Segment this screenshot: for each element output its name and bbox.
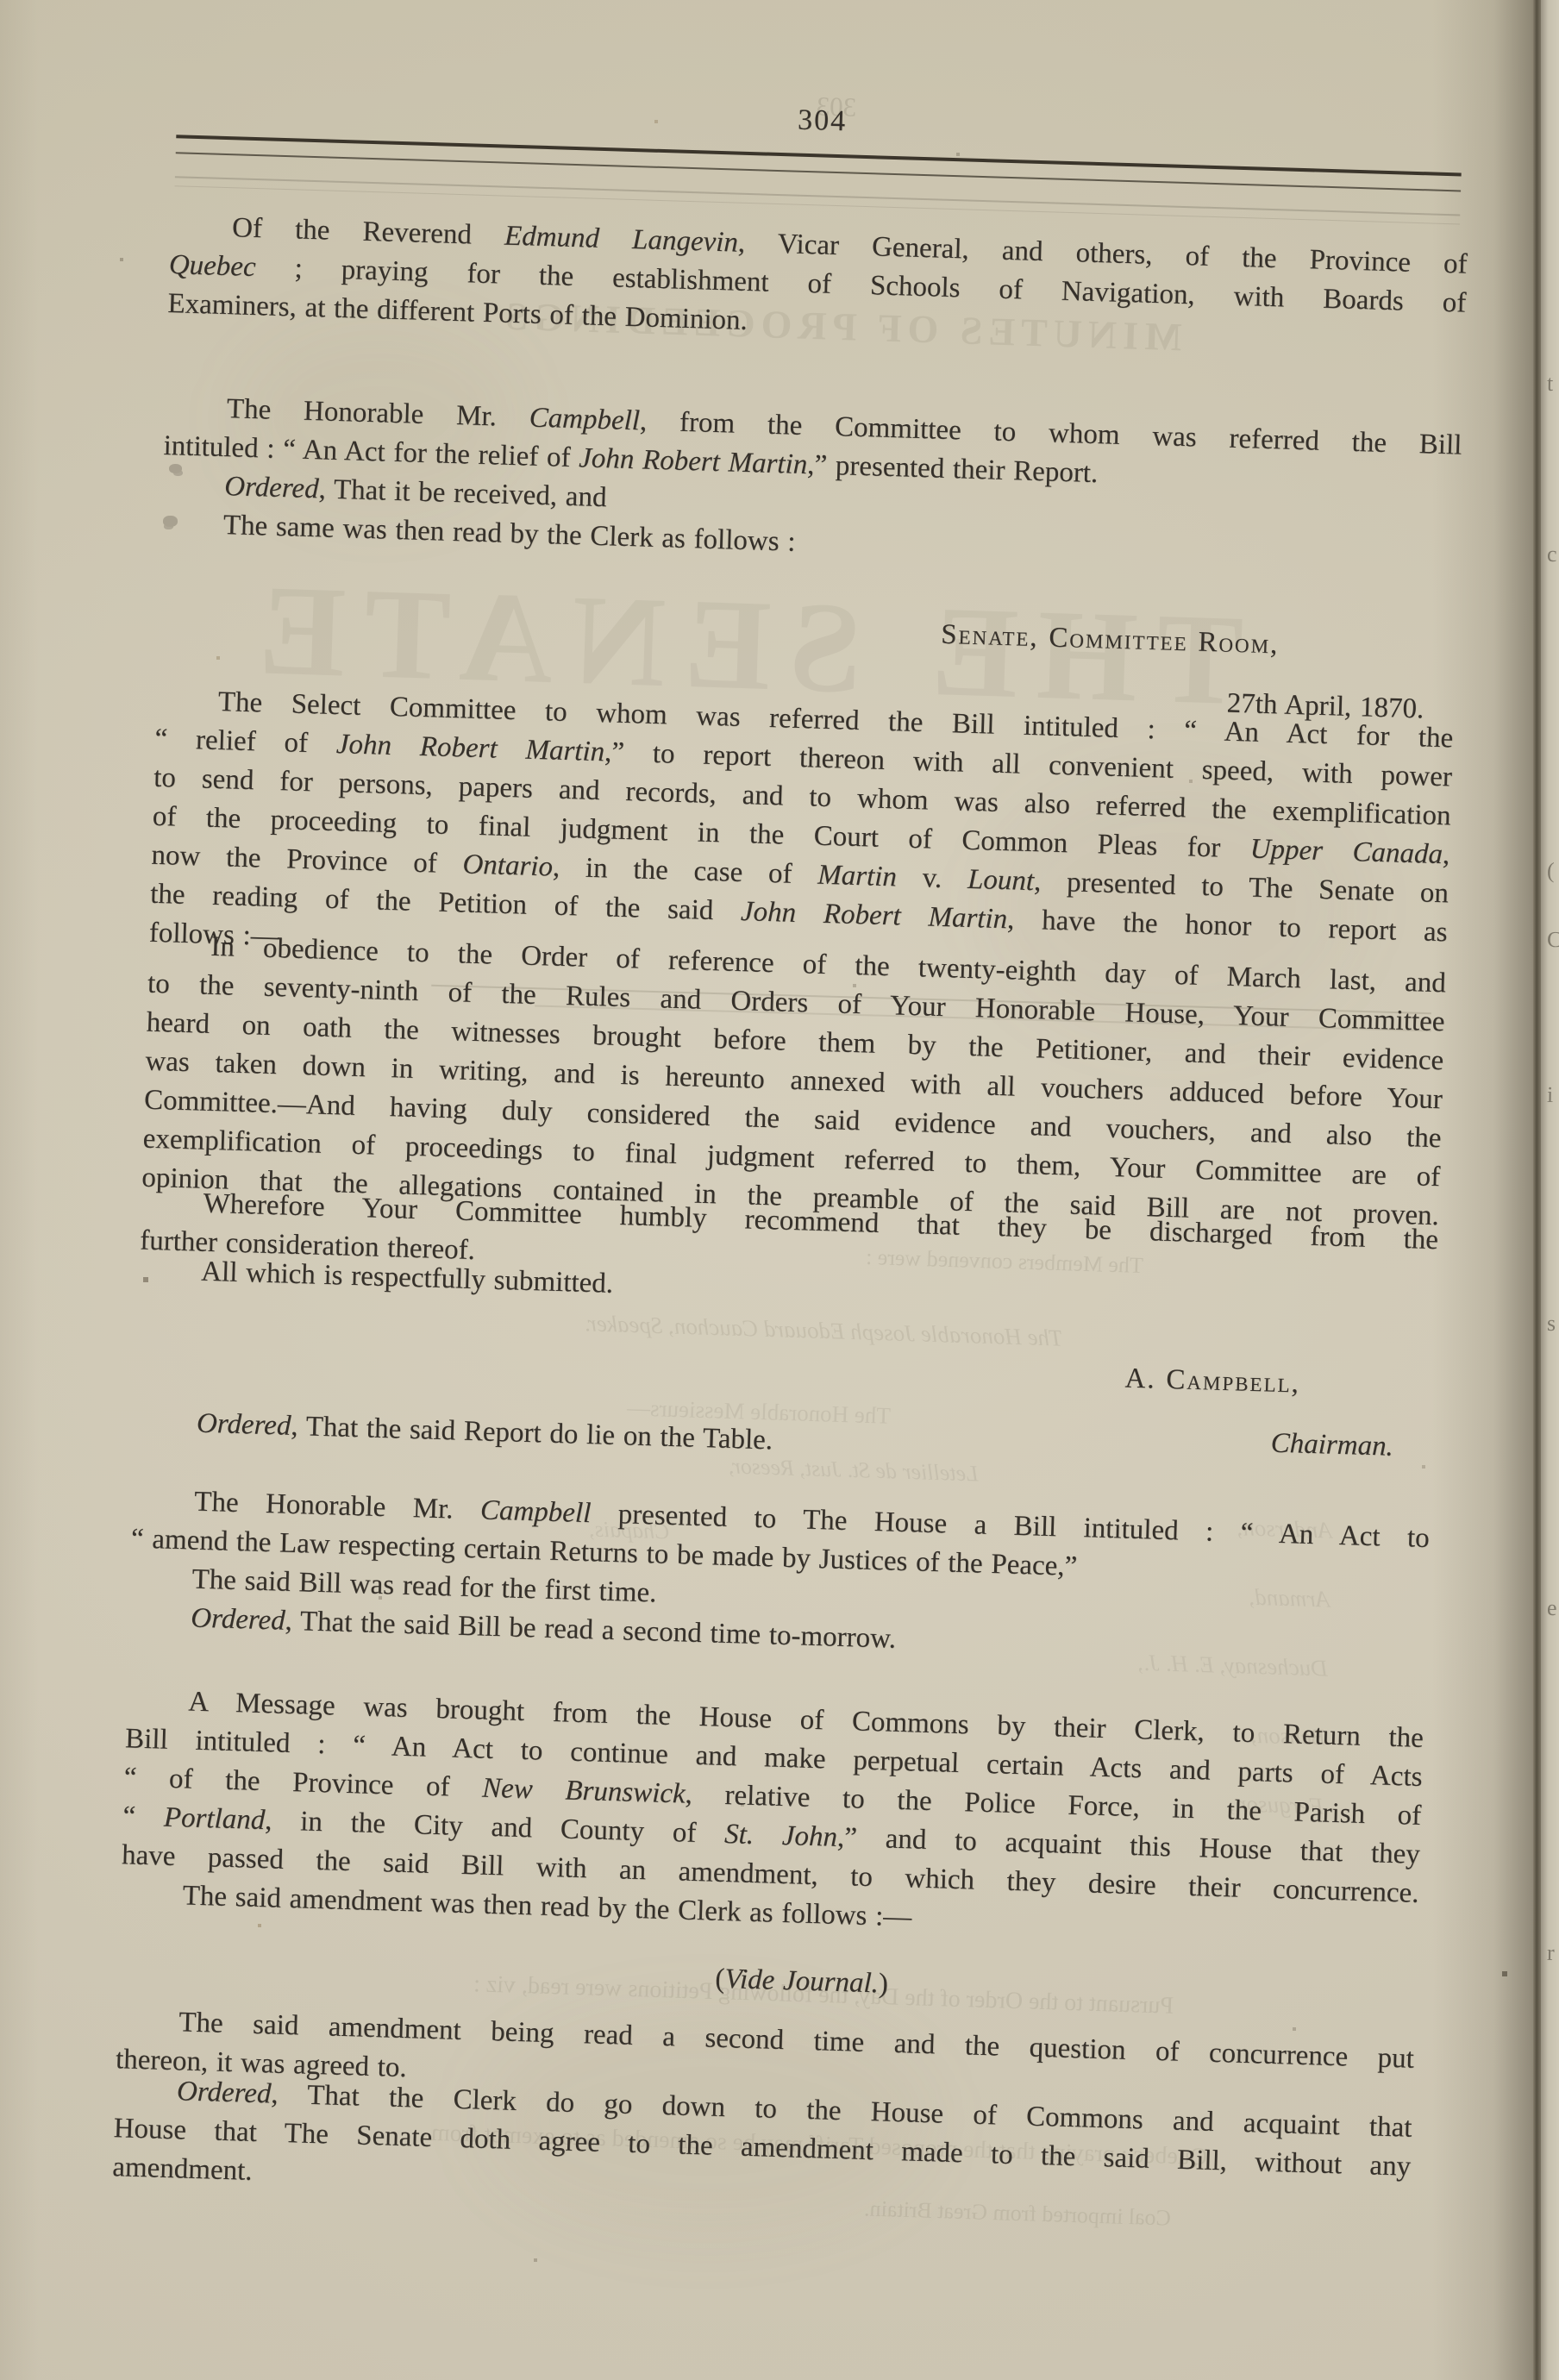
scanned-journal-page: 303 MINUTES OF PROCEEDINGS THE SENATE Th… — [0, 0, 1559, 2380]
adjacent-page-edge: t c ( C i s e r — [1541, 0, 1559, 2380]
adjacent-page-text-fragment: ( — [1547, 858, 1559, 884]
adjacent-page-text-fragment: C — [1547, 927, 1559, 953]
adjacent-page-text-fragment: t — [1547, 371, 1559, 397]
paragraph-bill-returns: The Honorable Mr. Campbell presented to … — [128, 1481, 1431, 1675]
paper-specks — [0, 0, 2, 2]
rule-ghost-line — [175, 176, 1460, 216]
page-gutter-shadow — [1533, 0, 1541, 2380]
paragraph-report-presented: The Honorable Mr. Campbell, from the Com… — [160, 388, 1462, 582]
printed-text-block: 304 Of the Reverend Edmund Langevin, Vic… — [110, 59, 1472, 2304]
adjacent-page-text-fragment: e — [1547, 1595, 1559, 1621]
vide-journal-line: (Vide Journal.) — [187, 1945, 1417, 2020]
rule-thin-line — [176, 152, 1461, 191]
adjacent-page-text-fragment: s — [1547, 1311, 1559, 1337]
adjacent-page-text-fragment: c — [1547, 542, 1559, 567]
paragraph-petition-langevin: Of the Reverend Edmund Langevin, Vicar G… — [167, 207, 1468, 362]
vide-journal: (Vide Journal.) — [187, 1945, 1417, 2020]
adjacent-page-text-fragment: r — [1547, 1940, 1559, 1966]
paper-background: 303 MINUTES OF PROCEEDINGS THE SENATE Th… — [0, 0, 1540, 2380]
paragraph-message-commons: A Message was brought from the House of … — [120, 1681, 1424, 1952]
adjacent-page-text-fragment: i — [1547, 1082, 1559, 1108]
